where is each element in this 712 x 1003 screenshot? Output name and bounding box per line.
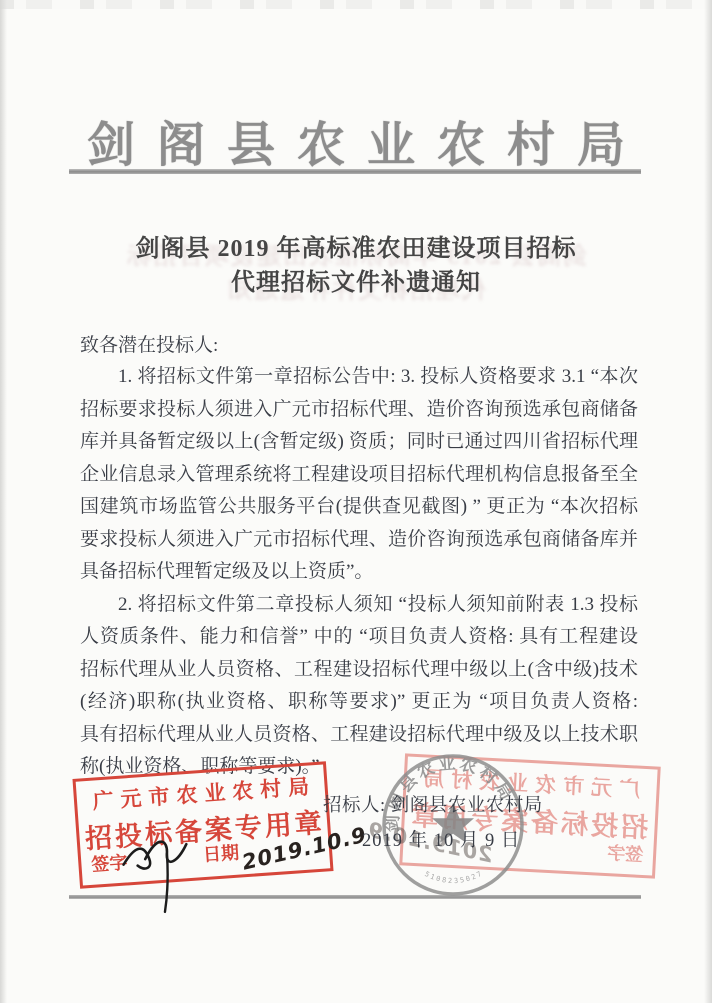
- body-line: 1. 将招标文件第一章招标公告中: 3. 投标人资格要求 3.1 “本次: [80, 361, 638, 394]
- letterhead-rule: [69, 169, 641, 174]
- body-line: 具备招标代理暂定级及以上资质”。: [80, 556, 638, 589]
- salutation-line: 致各潜在投标人:: [80, 330, 218, 357]
- seal-code-text: 5108235027: [423, 869, 484, 885]
- body-line: 要求投标人须进入广元市招标代理、造价咨询预选承包商储备库并: [80, 524, 638, 557]
- document-title-line1: 剑阁县 2019 年高标准农田建设项目招标: [0, 228, 712, 263]
- body-line: 招标代理从业人员资格、工程建设招标代理中级以上(含中级)技术: [80, 654, 638, 687]
- body-line: 库并具备暂定级以上(含暂定级) 资质；同时已通过四川省招标代理: [80, 426, 638, 459]
- handwritten-signature: [113, 820, 229, 917]
- letterhead-org-name: 剑阁县农业农村局: [0, 106, 712, 175]
- scan-top-edge-artifact: [0, 0, 712, 9]
- filing-stamp: 广元市农业农村局 招投标备案专用章 签字 日期 2019.10.9: [72, 761, 333, 888]
- body-line: (经济)职称(执业资格、职称等要求)” 更正为 “项目负责人资格:: [80, 686, 638, 719]
- body-line: 具有招标代理从业人员资格、工程建设招标代理中级及以上技术职: [80, 719, 638, 752]
- body-text-block: 1. 将招标文件第一章招标公告中: 3. 投标人资格要求 3.1 “本次 招标要…: [80, 361, 638, 784]
- document-date-line: 2019 年 10 月 9 日: [362, 826, 520, 852]
- document-title-line2: 代理招标文件补遗通知: [0, 262, 712, 297]
- body-line: 2. 将招标文件第二章投标人须知 “投标人须知前附表 1.3 投标: [80, 589, 638, 622]
- body-line: 人资质条件、能力和信誉” 中的 “项目负责人资格: 具有工程建设: [80, 621, 638, 654]
- stamp-sign-label: 签字: [607, 839, 644, 867]
- body-line: 企业信息录入管理系统将工程建设项目招标代理机构信息报备至全: [80, 459, 638, 492]
- round-official-seal: 剑阁县农业农村局 5108235027: [378, 750, 528, 900]
- body-line: 招标要求投标人须进入广元市招标代理、造价咨询预选承包商储备: [80, 394, 638, 427]
- svg-text:5108235027: 5108235027: [423, 869, 484, 885]
- bidder-signature-line: 招标人: 剑阁县农业农村局: [323, 791, 543, 817]
- scanned-document-page: 剑阁县农业农村局 剑阁县 2019 年高标准农田建设项目招标 代理招标文件补遗通…: [0, 0, 712, 1003]
- body-line: 国建筑市场监管公共服务平台(提供查见截图) ” 更正为 “本次招标: [80, 491, 638, 524]
